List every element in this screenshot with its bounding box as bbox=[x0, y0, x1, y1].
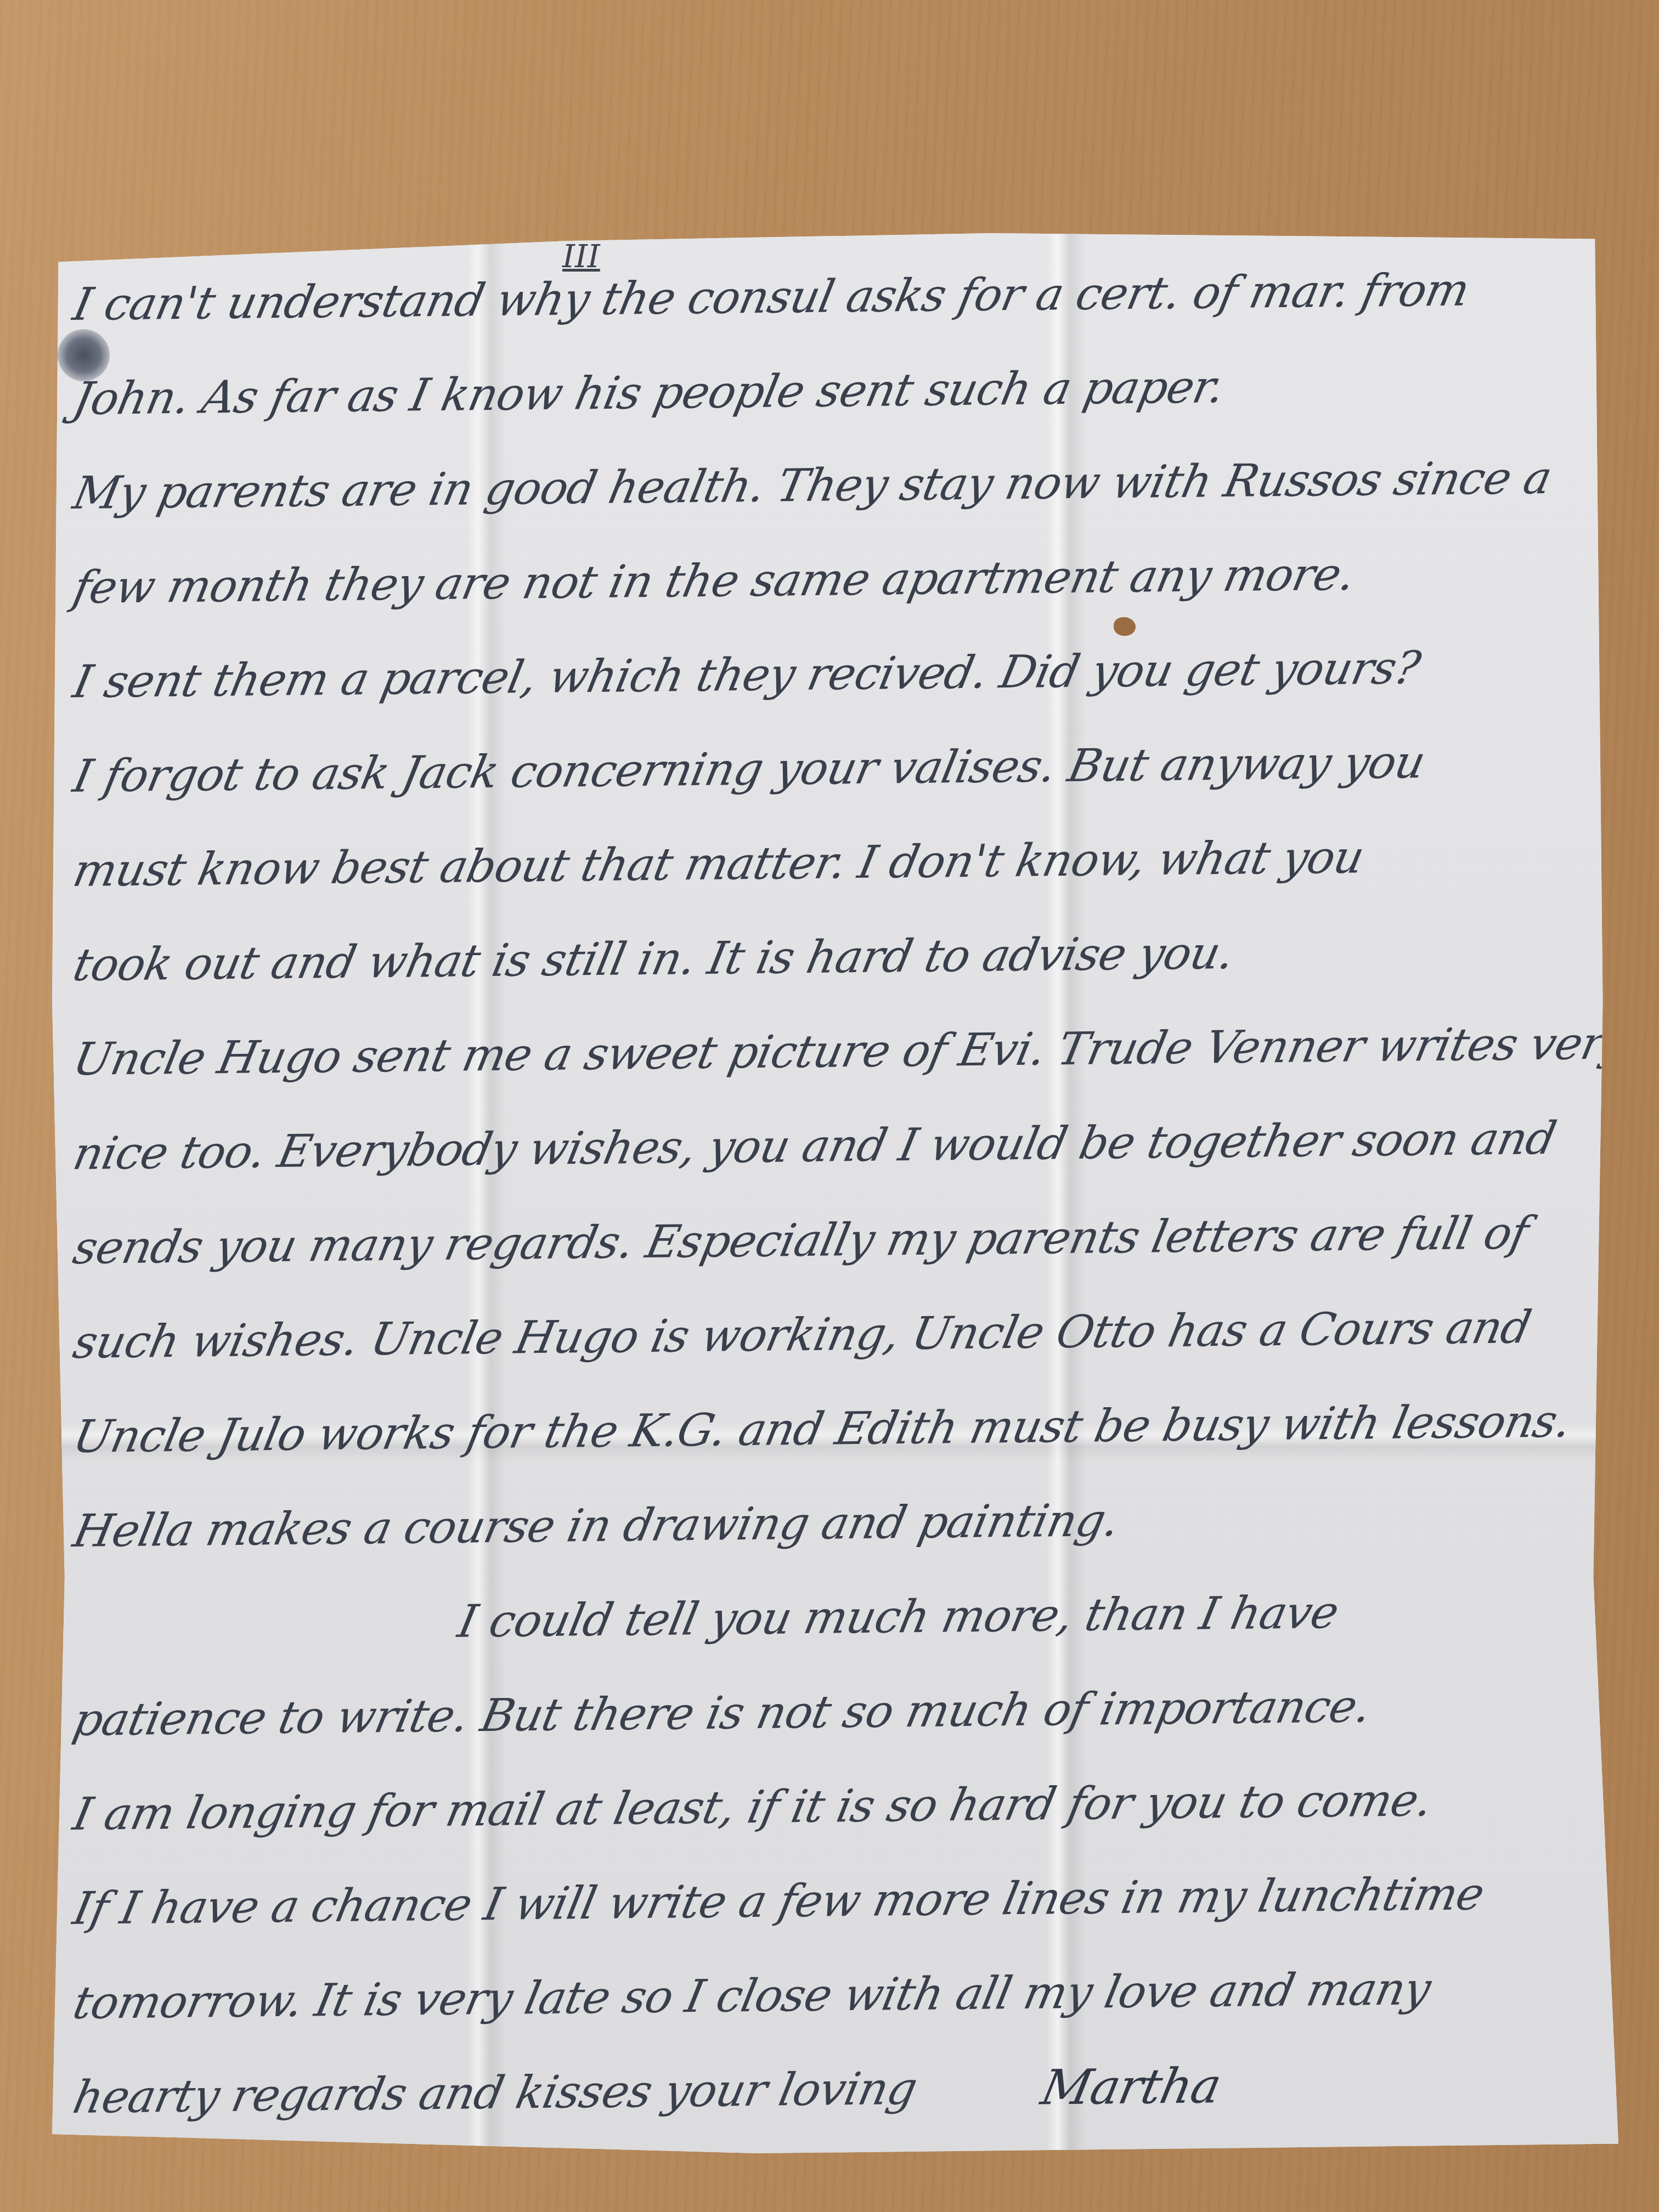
letter-line: Uncle Julo works for the K.G. and Edith … bbox=[65, 1374, 1599, 1485]
letter-line: took out and what is still in. It is har… bbox=[65, 902, 1599, 1013]
letter-line: few month they are not in the same apart… bbox=[65, 525, 1599, 635]
letter-line: tomorrow. It is very late so I close wit… bbox=[65, 1940, 1599, 2051]
closing-text: hearty regards and kisses your loving bbox=[65, 2042, 926, 2145]
letter-closing: hearty regards and kisses your loving Ma… bbox=[65, 2035, 1599, 2145]
handwritten-letter-page: III I can't understand why the consul as… bbox=[52, 233, 1618, 2153]
letter-line: I sent them a parcel, which they recived… bbox=[65, 619, 1599, 730]
letter-line: I can't understand why the consul asks f… bbox=[65, 242, 1599, 352]
letter-line: John. As far as I know his people sent s… bbox=[65, 336, 1599, 447]
letter-line: nice too. Everybody wishes, you and I wo… bbox=[65, 1091, 1599, 1201]
letter-line: patience to write. But there is not so m… bbox=[65, 1657, 1599, 1768]
letter-line: such wishes. Uncle Hugo is working, Uncl… bbox=[65, 1280, 1599, 1390]
letter-line: If I have a chance I will write a few mo… bbox=[65, 1846, 1599, 1956]
letter-body: I can't understand why the consul asks f… bbox=[74, 258, 1585, 2145]
letter-line: Uncle Hugo sent me a sweet picture of Ev… bbox=[65, 997, 1599, 1107]
letter-line: sends you many regards. Especially my pa… bbox=[65, 1186, 1599, 1296]
letter-line: My parents are in good health. They stay… bbox=[65, 431, 1599, 541]
letter-line: I forgot to ask Jack concerning your val… bbox=[65, 714, 1599, 824]
letter-line: must know best about that matter. I don'… bbox=[65, 808, 1599, 918]
letter-line: I am longing for mail at least, if it is… bbox=[65, 1752, 1599, 1862]
signature: Martha bbox=[1032, 2039, 1229, 2135]
letter-line: Hella makes a course in drawing and pain… bbox=[65, 1469, 1599, 1579]
letter-line: I could tell you much more, than I have bbox=[65, 1563, 1599, 1673]
